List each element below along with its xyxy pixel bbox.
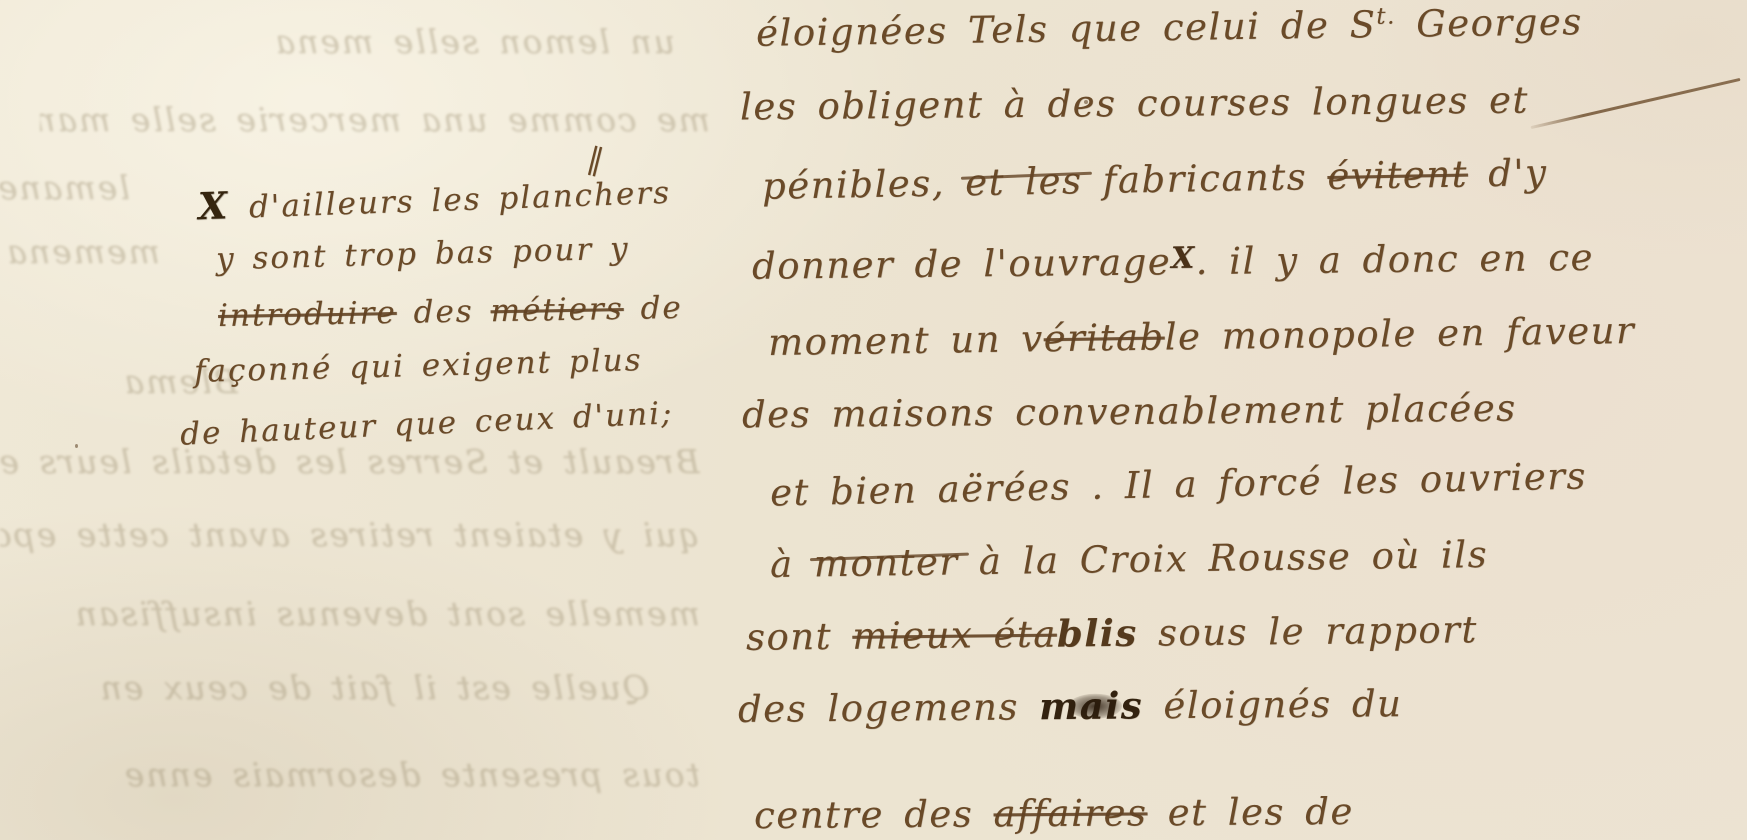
manuscript-scan: { "manuscript": { "kind": "handwritten l… [0,0,1747,840]
text-segment: centre des [754,792,994,837]
margin-note-line: y sont trop bas pour y [216,231,630,278]
text-segment: . il y a donc en ce [1195,236,1594,283]
main-text-column: éloignées Tels que celui de St. Georgesl… [738,0,1747,840]
main-text-line: à monter à la Croix Rousse où ils [770,533,1489,586]
margin-note: X d'ailleurs les planchersy sont trop ba… [168,152,768,492]
main-text-line: donner de l'ouvrageX. il y a donc en ce [752,236,1594,288]
text-segment: t. [1376,4,1396,30]
text-segment: éloignées Tels que celui de S [756,3,1377,55]
text-segment: à [770,542,814,586]
text-segment: mieux éta [852,613,1057,658]
main-text-line: sont mieux établis sous le rapport [746,607,1478,659]
reference-mark: X [1171,240,1196,275]
text-segment: d'y [1468,151,1548,195]
margin-note-line: introduire des métiers de [218,290,683,334]
margin-note-line: de hauteur que ceux d'uni; [179,395,674,452]
text-segment: le monopole en faveur [1164,309,1635,359]
main-text-line: et bien aërées . Il a forcé les ouvriers [770,454,1588,514]
ink-speck [75,444,78,448]
text-segment: les obligent à des courses longues et [740,79,1529,129]
text-segment: évitent [1327,153,1468,198]
text-segment: façonné qui exigent plus [194,342,643,390]
text-segment: métiers [490,291,624,329]
text-segment: blis [1057,611,1138,656]
main-text-line: des logemens mais éloignés du [738,681,1403,731]
main-text-line: pénibles, et les fabricants évitent d'y [762,151,1548,208]
margin-note-line: façonné qui exigent plus [194,342,643,390]
text-segment: affaires [993,791,1147,835]
main-text-line: les obligent à des courses longues et [740,79,1529,129]
text-segment: pénibles, [762,161,966,208]
text-segment: mais [1039,683,1143,728]
ink-speck [361,382,364,385]
text-segment: sous le rapport [1137,608,1477,655]
margin-note-line: X d'ailleurs les planchers [197,168,671,228]
text-segment: de [623,290,683,327]
text-segment: d'ailleurs les planchers [248,175,671,226]
text-segment: des logemens [738,685,1039,731]
main-text-line: centre des affaires et les de [754,790,1354,837]
text-segment: et les [965,159,1083,204]
text-segment: introduire [218,295,397,334]
text-segment: des maisons convenablement placées [742,387,1517,437]
reference-mark: X [197,182,249,228]
text-segment: fabricants [1082,155,1328,202]
text-segment: et bien aërées . Il a forcé les ouvriers [770,454,1588,514]
text-segment: y sont trop bas pour y [216,231,630,278]
main-text-line: éloignées Tels que celui de St. Georges [756,0,1583,55]
text-segment: monter [814,540,959,585]
main-text-line: des maisons convenablement placées [742,387,1517,437]
text-segment: donner de l'ouvrage [752,240,1172,287]
text-segment: Georges [1396,0,1583,46]
text-segment: éritab [1043,316,1165,361]
text-segment: de hauteur que ceux d'uni; [179,395,674,452]
text-segment: moment un v [768,317,1044,364]
text-segment: à la Croix Rousse où ils [958,533,1488,583]
text-segment: des [396,293,490,331]
main-text-line: moment un véritable monopole en faveur [768,309,1636,364]
text-segment: éloignés du [1143,682,1403,727]
text-segment: et les de [1147,790,1354,834]
ink-speck [1084,100,1088,104]
text-segment: sont [746,615,853,659]
